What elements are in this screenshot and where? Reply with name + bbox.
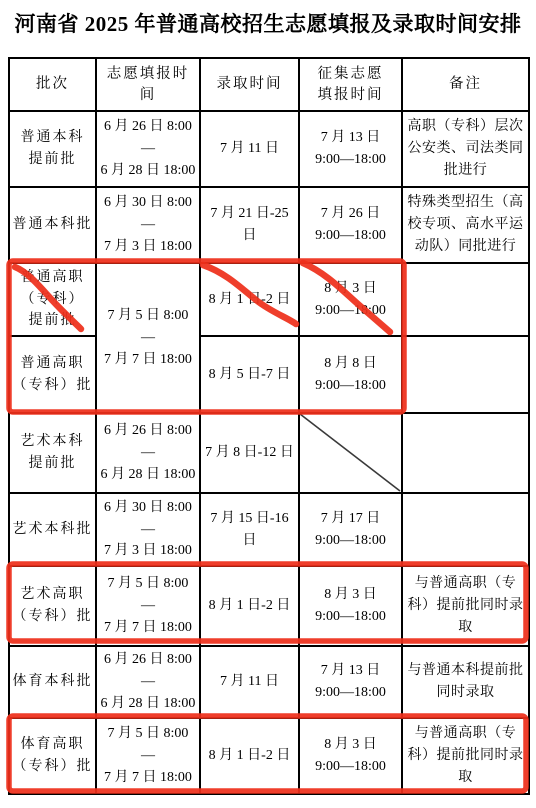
header-admit-time: 录取时间 (200, 58, 299, 111)
cell-admit-time: 8 月 1 日-2 日 (200, 566, 299, 646)
cell-admit-time: 7 月 15 日-16 日 (200, 493, 299, 566)
cell-collect-time-empty-slash (299, 413, 402, 493)
cell-batch: 普通高职 （专科）批 (9, 336, 96, 413)
cell-note: 与普通本科提前批同时录取 (402, 646, 529, 718)
table-row: 普通本科批 6 月 30 日 8:00 — 7 月 3 日 18:00 7 月 … (9, 187, 529, 263)
cell-note: 特殊类型招生（高校专项、高水平运动队）同批进行 (402, 187, 529, 263)
cell-admit-time: 7 月 11 日 (200, 111, 299, 187)
cell-collect-time: 7 月 26 日 9:00—18:00 (299, 187, 402, 263)
table-row: 普通高职 （专科）批 8 月 5 日-7 日 8 月 8 日 9:00—18:0… (9, 336, 529, 413)
cell-admit-time: 8 月 1 日-2 日 (200, 263, 299, 336)
cell-note (402, 493, 529, 566)
cell-collect-time: 8 月 3 日 9:00—18:00 (299, 718, 402, 794)
cell-batch: 艺术高职 （专科）批 (9, 566, 96, 646)
cell-note: 高职（专科）层次公安类、司法类同批进行 (402, 111, 529, 187)
page-title: 河南省 2025 年普通高校招生志愿填报及录取时间安排 (0, 8, 536, 38)
cell-collect-time: 7 月 13 日 9:00—18:00 (299, 646, 402, 718)
cell-note (402, 336, 529, 413)
header-fill-time: 志愿填报时间 (96, 58, 200, 111)
cell-collect-time: 8 月 3 日 9:00—18:00 (299, 566, 402, 646)
cell-note: 与普通高职（专科）提前批同时录取 (402, 718, 529, 794)
cell-admit-time: 8 月 5 日-7 日 (200, 336, 299, 413)
cell-admit-time: 7 月 11 日 (200, 646, 299, 718)
cell-batch: 普通高职 （专科） 提前批 (9, 263, 96, 336)
cell-fill-time: 7 月 5 日 8:00 — 7 月 7 日 18:00 (96, 718, 200, 794)
cell-collect-time: 8 月 8 日 9:00—18:00 (299, 336, 402, 413)
table-row: 体育高职 （专科）批 7 月 5 日 8:00 — 7 月 7 日 18:00 … (9, 718, 529, 794)
cell-note (402, 413, 529, 493)
header-note: 备注 (402, 58, 529, 111)
header-batch: 批次 (9, 58, 96, 111)
table-row: 艺术本科 提前批 6 月 26 日 8:00 — 6 月 28 日 18:00 … (9, 413, 529, 493)
table-header-row: 批次 志愿填报时间 录取时间 征集志愿 填报时间 备注 (9, 58, 529, 111)
cell-batch: 普通本科批 (9, 187, 96, 263)
cell-collect-time: 7 月 17 日 9:00—18:00 (299, 493, 402, 566)
cell-fill-time: 6 月 26 日 8:00 — 6 月 28 日 18:00 (96, 413, 200, 493)
cell-batch: 艺术本科批 (9, 493, 96, 566)
table-row: 艺术高职 （专科）批 7 月 5 日 8:00 — 7 月 7 日 18:00 … (9, 566, 529, 646)
page: 河南省 2025 年普通高校招生志愿填报及录取时间安排 批次 志愿填报时间 录取… (0, 0, 536, 808)
cell-batch: 普通本科 提前批 (9, 111, 96, 187)
cell-collect-time: 7 月 13 日 9:00—18:00 (299, 111, 402, 187)
cell-admit-time: 7 月 21 日-25 日 (200, 187, 299, 263)
cell-note: 与普通高职（专科）提前批同时录取 (402, 566, 529, 646)
cell-batch: 体育本科批 (9, 646, 96, 718)
cell-fill-time: 6 月 30 日 8:00 — 7 月 3 日 18:00 (96, 493, 200, 566)
cell-fill-time: 6 月 26 日 8:00 — 6 月 28 日 18:00 (96, 646, 200, 718)
table-row: 体育本科批 6 月 26 日 8:00 — 6 月 28 日 18:00 7 月… (9, 646, 529, 718)
cell-batch: 体育高职 （专科）批 (9, 718, 96, 794)
cell-admit-time: 7 月 8 日-12 日 (200, 413, 299, 493)
cell-admit-time: 8 月 1 日-2 日 (200, 718, 299, 794)
schedule-table: 批次 志愿填报时间 录取时间 征集志愿 填报时间 备注 普通本科 提前批 6 月… (8, 57, 530, 795)
cell-fill-time: 7 月 5 日 8:00 — 7 月 7 日 18:00 (96, 566, 200, 646)
cell-note (402, 263, 529, 336)
cell-fill-time: 6 月 26 日 8:00 — 6 月 28 日 18:00 (96, 111, 200, 187)
table-row: 普通本科 提前批 6 月 26 日 8:00 — 6 月 28 日 18:00 … (9, 111, 529, 187)
header-collect-time: 征集志愿 填报时间 (299, 58, 402, 111)
table-row: 艺术本科批 6 月 30 日 8:00 — 7 月 3 日 18:00 7 月 … (9, 493, 529, 566)
cell-fill-time: 6 月 30 日 8:00 — 7 月 3 日 18:00 (96, 187, 200, 263)
table-row: 普通高职 （专科） 提前批 7 月 5 日 8:00 — 7 月 7 日 18:… (9, 263, 529, 336)
cell-batch: 艺术本科 提前批 (9, 413, 96, 493)
cell-collect-time: 8 月 3 日 9:00—18:00 (299, 263, 402, 336)
cell-fill-time-merged: 7 月 5 日 8:00 — 7 月 7 日 18:00 (96, 263, 200, 413)
